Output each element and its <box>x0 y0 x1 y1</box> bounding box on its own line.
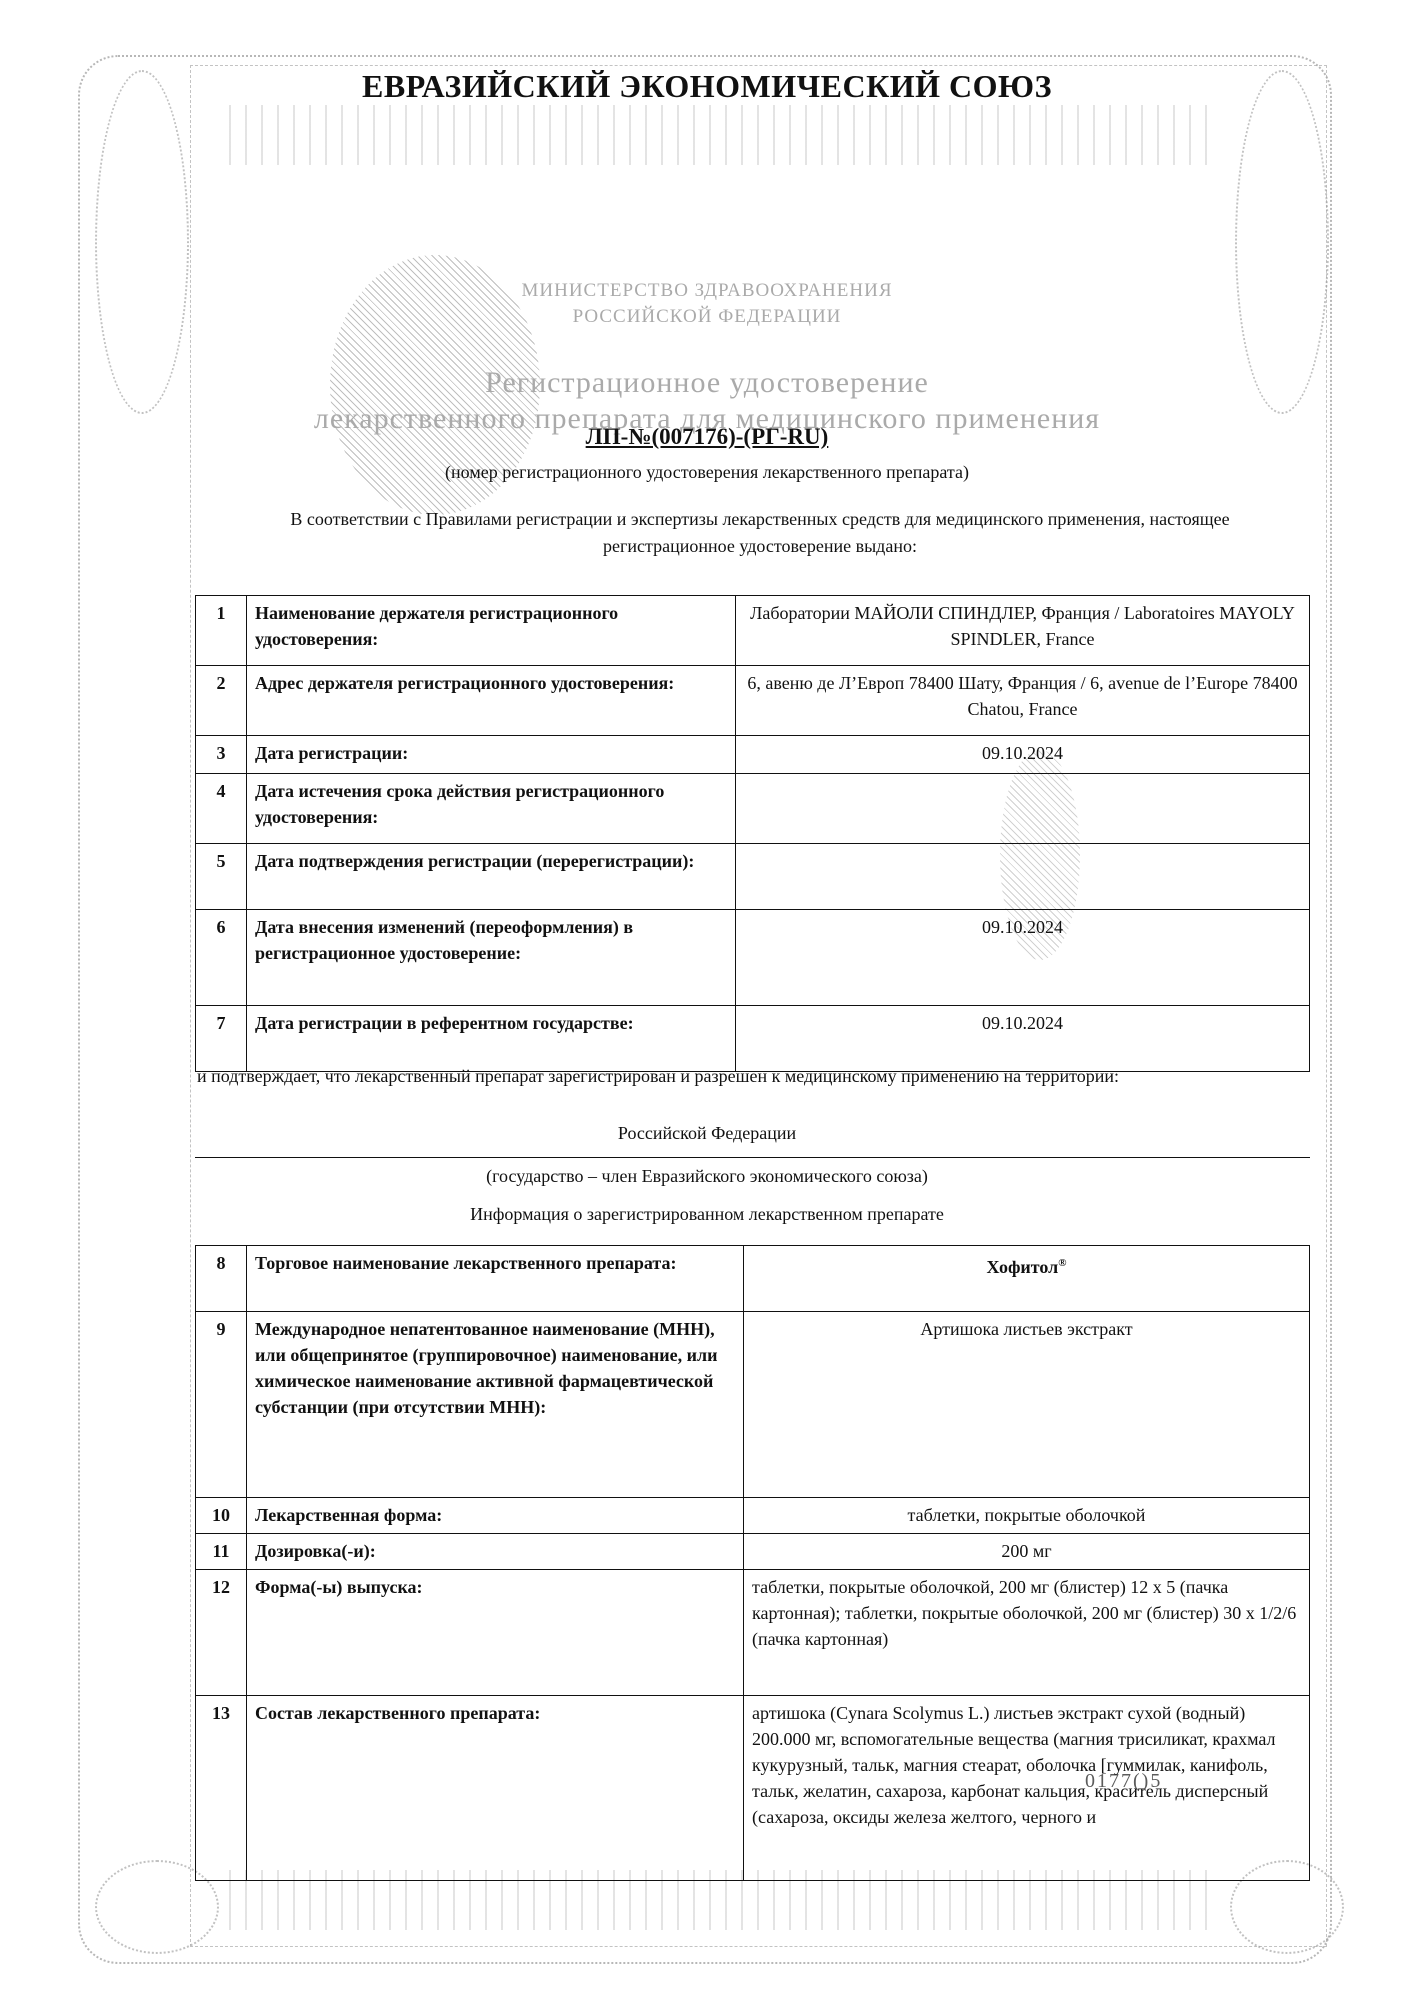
row-label: Дата внесения изменений (переоформления)… <box>247 910 736 1006</box>
row-label: Форма(-ы) выпуска: <box>247 1570 744 1696</box>
row-label: Адрес держателя регистрационного удостов… <box>247 666 736 736</box>
row-label: Торговое наименование лекарственного пре… <box>247 1246 744 1312</box>
row-value: таблетки, покрытые оболочкой, 200 мг (бл… <box>744 1570 1310 1696</box>
holder-table: 1Наименование держателя регистрационного… <box>195 595 1310 1072</box>
registration-number-caption: (номер регистрационного удостоверения ле… <box>0 462 1414 483</box>
row-number: 11 <box>196 1534 247 1570</box>
row-value: 200 мг <box>744 1534 1310 1570</box>
row-label: Дата подтверждения регистрации (перереги… <box>247 844 736 910</box>
table-row: 7Дата регистрации в референтном государс… <box>196 1006 1310 1072</box>
registration-number: ЛП-№(007176)-(РГ-RU) <box>0 424 1414 450</box>
table-row: 6Дата внесения изменений (переоформления… <box>196 910 1310 1006</box>
serial-number-overlay: 0177()5 <box>1085 1770 1162 1793</box>
row-value: 6, авеню де Л’Европ 78400 Шату, Франция … <box>736 666 1310 736</box>
ministry-name-line2: РОССИЙСКОЙ ФЕДЕРАЦИИ <box>0 306 1414 328</box>
row-value: 09.10.2024 <box>736 736 1310 774</box>
row-value: 09.10.2024 <box>736 1006 1310 1072</box>
row-value: таблетки, покрытые оболочкой <box>744 1498 1310 1534</box>
row-number: 8 <box>196 1246 247 1312</box>
row-number: 1 <box>196 596 247 666</box>
row-number: 13 <box>196 1696 247 1881</box>
row-number: 5 <box>196 844 247 910</box>
row-value <box>736 774 1310 844</box>
row-label: Международное непатентованное наименован… <box>247 1312 744 1498</box>
country-underline <box>195 1157 1310 1158</box>
row-label: Состав лекарственного препарата: <box>247 1696 744 1881</box>
confirmation-text: и подтверждает, что лекарственный препар… <box>197 1063 1312 1089</box>
intro-text: В соответствии с Правилами регистрации и… <box>250 506 1270 560</box>
row-value: Лаборатории МАЙОЛИ СПИНДЛЕР, Франция / L… <box>736 596 1310 666</box>
row-number: 12 <box>196 1570 247 1696</box>
table-row: 10Лекарственная форма:таблетки, покрытые… <box>196 1498 1310 1534</box>
row-number: 3 <box>196 736 247 774</box>
drug-info-title: Информация о зарегистрированном лекарств… <box>0 1204 1414 1225</box>
row-label: Дозировка(-и): <box>247 1534 744 1570</box>
row-label: Дата регистрации в референтном государст… <box>247 1006 736 1072</box>
row-number: 2 <box>196 666 247 736</box>
table-row: 1Наименование держателя регистрационного… <box>196 596 1310 666</box>
row-value: 09.10.2024 <box>736 910 1310 1006</box>
corner-ornament <box>1235 70 1329 414</box>
union-title: ЕВРАЗИЙСКИЙ ЭКОНОМИЧЕСКИЙ СОЮЗ <box>0 68 1414 105</box>
corner-ornament <box>95 70 189 414</box>
table-row: 12Форма(-ы) выпуска:таблетки, покрытые о… <box>196 1570 1310 1696</box>
table-row: 3Дата регистрации:09.10.2024 <box>196 736 1310 774</box>
row-label: Лекарственная форма: <box>247 1498 744 1534</box>
table-row: 11Дозировка(-и):200 мг <box>196 1534 1310 1570</box>
row-label: Дата регистрации: <box>247 736 736 774</box>
table-row: 5Дата подтверждения регистрации (перерег… <box>196 844 1310 910</box>
row-number: 7 <box>196 1006 247 1072</box>
country-name: Российской Федерации <box>0 1123 1414 1144</box>
guilloche-band-top <box>215 105 1215 165</box>
row-value: Артишока листьев экстракт <box>744 1312 1310 1498</box>
certificate-title-line1: Регистрационное удостоверение <box>0 366 1414 400</box>
row-label: Наименование держателя регистрационного … <box>247 596 736 666</box>
row-value: артишока (Cynara Scolymus L.) листьев эк… <box>744 1696 1310 1881</box>
table-row: 8Торговое наименование лекарственного пр… <box>196 1246 1310 1312</box>
table-row: 2Адрес держателя регистрационного удосто… <box>196 666 1310 736</box>
row-value <box>736 844 1310 910</box>
ministry-name-line1: МИНИСТЕРСТВО ЗДРАВООХРАНЕНИЯ <box>0 280 1414 302</box>
row-number: 4 <box>196 774 247 844</box>
row-number: 10 <box>196 1498 247 1534</box>
row-number: 9 <box>196 1312 247 1498</box>
row-label: Дата истечения срока действия регистраци… <box>247 774 736 844</box>
table-row: 4Дата истечения срока действия регистрац… <box>196 774 1310 844</box>
country-caption: (государство – член Евразийского экономи… <box>0 1166 1414 1187</box>
row-number: 6 <box>196 910 247 1006</box>
row-value: Хофитол® <box>744 1246 1310 1312</box>
table-row: 9Международное непатентованное наименова… <box>196 1312 1310 1498</box>
